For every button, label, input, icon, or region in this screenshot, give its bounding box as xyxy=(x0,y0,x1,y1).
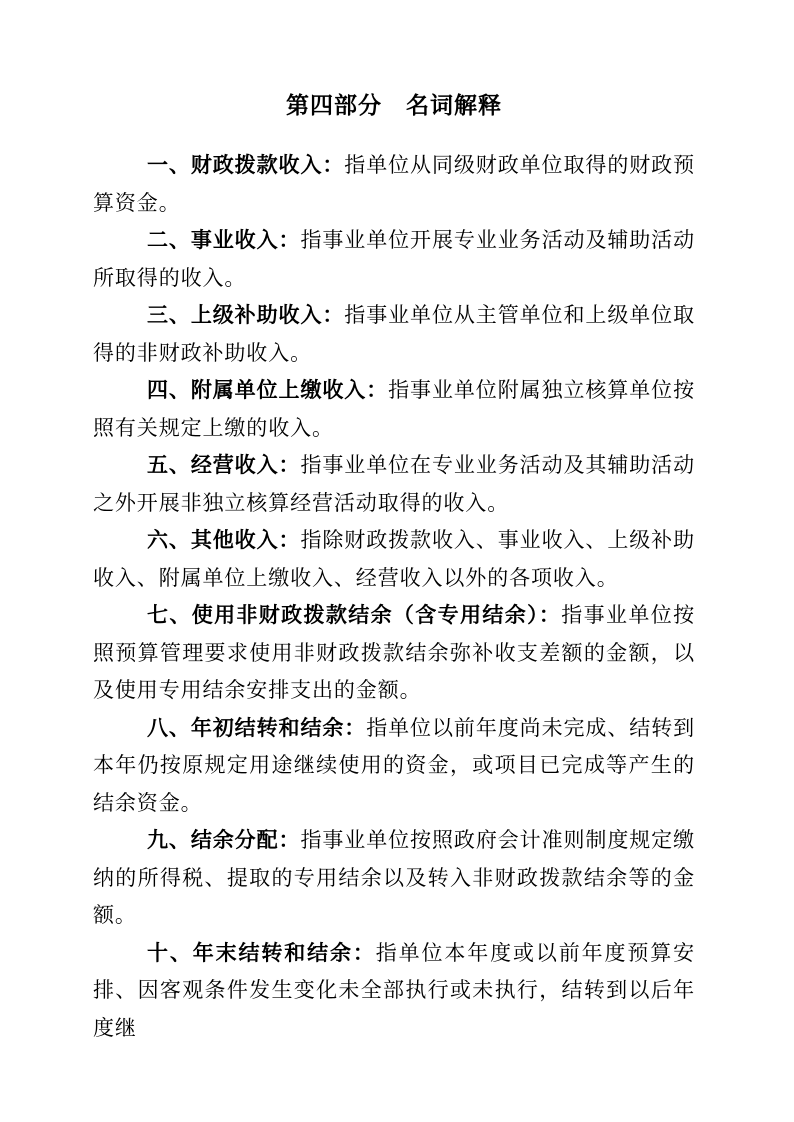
glossary-item-10: 十、年末结转和结余：指单位本年度或以前年度预算安排、因客观条件发生变化未全部执行… xyxy=(93,935,695,1048)
glossary-item-9: 九、结余分配：指事业单位按照政府会计准则制度规定缴纳的所得税、提取的专用结余以及… xyxy=(93,822,695,935)
glossary-item-7: 七、使用非财政拨款结余（含专用结余）：指事业单位按照预算管理要求使用非财政拨款结… xyxy=(93,597,695,710)
term-lead: 九、结余分配： xyxy=(147,828,300,852)
page-title: 第四部分 名词解释 xyxy=(93,88,695,122)
glossary-item-3: 三、上级补助收入：指事业单位从主管单位和上级单位取得的非财政补助收入。 xyxy=(93,297,695,372)
term-lead: 三、上级补助收入： xyxy=(147,303,344,327)
glossary-item-6: 六、其他收入：指除财政拨款收入、事业收入、上级补助收入、附属单位上缴收入、经营收… xyxy=(93,522,695,597)
glossary-item-4: 四、附属单位上缴收入：指事业单位附属独立核算单位按照有关规定上缴的收入。 xyxy=(93,372,695,447)
term-lead: 八、年初结转和结余： xyxy=(147,716,366,740)
term-lead: 七、使用非财政拨款结余（含专用结余）： xyxy=(147,603,561,627)
glossary-item-8: 八、年初结转和结余：指单位以前年度尚未完成、结转到本年仍按原规定用途继续使用的资… xyxy=(93,710,695,823)
glossary-item-2: 二、事业收入：指事业单位开展专业业务活动及辅助活动所取得的收入。 xyxy=(93,222,695,297)
glossary-item-5: 五、经营收入：指事业单位在专业业务活动及其辅助活动之外开展非独立核算经营活动取得… xyxy=(93,447,695,522)
term-lead: 一、财政拨款收入： xyxy=(147,153,344,177)
term-lead: 二、事业收入： xyxy=(147,228,300,252)
glossary-item-1: 一、财政拨款收入：指单位从同级财政单位取得的财政预算资金。 xyxy=(93,147,695,222)
term-lead: 五、经营收入： xyxy=(147,453,300,477)
term-lead: 六、其他收入： xyxy=(147,528,300,552)
term-lead: 四、附属单位上缴收入： xyxy=(147,378,388,402)
glossary-section: 一、财政拨款收入：指单位从同级财政单位取得的财政预算资金。 二、事业收入：指事业… xyxy=(93,147,695,1047)
document-page: 第四部分 名词解释 一、财政拨款收入：指单位从同级财政单位取得的财政预算资金。 … xyxy=(0,0,794,1122)
term-lead: 十、年末结转和结余： xyxy=(147,941,376,965)
